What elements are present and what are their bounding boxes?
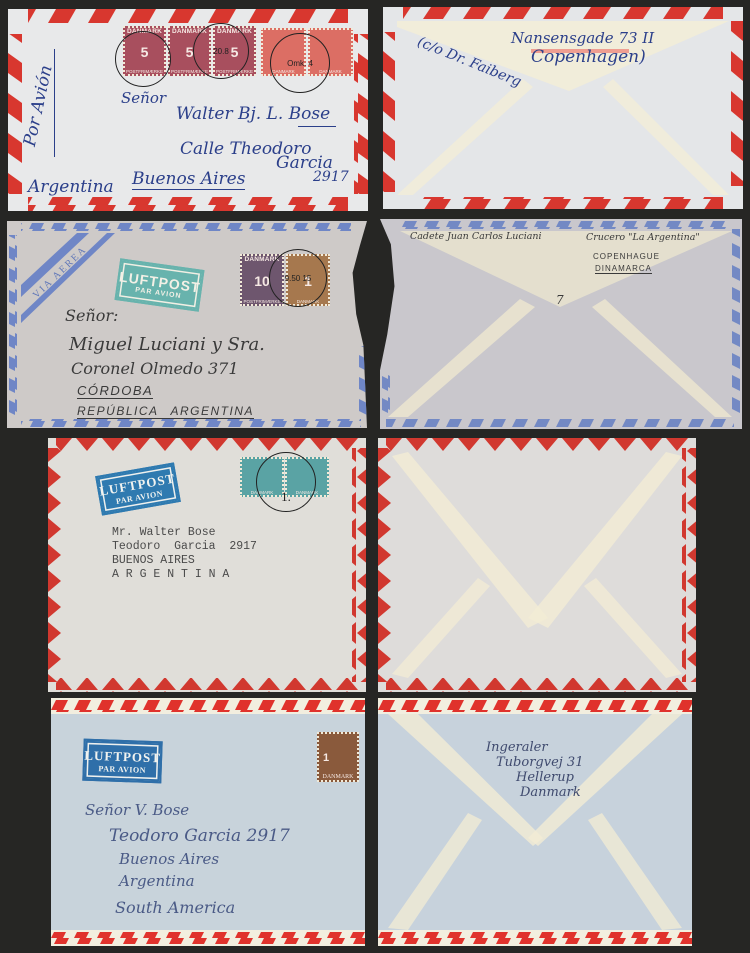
address-line: CÓRDOBA: [77, 383, 153, 399]
address-line: Teodoro Garcia 2917: [109, 826, 290, 846]
note-line: [54, 49, 55, 157]
address-line: Señor V. Bose: [85, 801, 189, 819]
sender-line: Ingeraler: [486, 740, 548, 755]
postmark-cancel: 1.: [256, 452, 316, 512]
cover-4-back: Ingeraler Tuborgvej 31 Hellerup Danmark: [378, 698, 692, 946]
address-line: South America: [115, 898, 235, 917]
address-line: Miguel Luciani y Sra.: [69, 334, 265, 355]
address-line: Buenos Aires: [132, 169, 245, 190]
cover-2-back: Cadete Juan Carlos Luciani Crucero "La A…: [380, 219, 742, 429]
sender-line: Hellerup: [516, 770, 574, 785]
address-line: Argentina: [28, 177, 114, 197]
sender-line: Tuborgvej 31: [496, 755, 583, 770]
airmail-stripe-border: [378, 698, 692, 946]
postmark-cancel: [115, 31, 171, 87]
sender-line: Nansensgade 73 II: [511, 29, 654, 47]
cover-2-front: VIA AEREA LUFTPOST PAR AVION DANMARK 10 …: [7, 221, 367, 428]
postmark-cancel: Omk. 4: [270, 33, 330, 93]
address-line: Buenos Aires: [119, 850, 219, 868]
address-line: Coronel Olmedo 371: [71, 359, 239, 378]
cover-1-front: DANMARK 5 POSTFRIMÆRKE DANMARK 5 POSTFRI…: [8, 9, 368, 211]
sender-left: Cadete Juan Carlos Luciani: [410, 231, 542, 242]
cover-3-front: LUFTPOST PAR AVION DANMARK DANMARK 1. Mr…: [48, 438, 366, 692]
address-line: Argentina: [119, 872, 195, 890]
cover-1-back: (c/o Dr. Faiberg Nansensgade 73 II Copen…: [383, 7, 743, 209]
airmail-triangle-border: [378, 438, 696, 692]
postmark-cancel: 20.8: [193, 23, 249, 79]
sender-right-line: DINAMARCA: [595, 264, 652, 274]
luftpost-label: LUFTPOST PAR AVION: [82, 739, 162, 784]
cover-3-back: [378, 438, 696, 692]
cover-4-front: LUFTPOST PAR AVION 1 DANMARK Señor V. Bo…: [51, 698, 365, 946]
address-line: Señor:: [65, 306, 118, 325]
address-line: Señor: [121, 89, 166, 107]
address-line: 2917: [313, 169, 349, 185]
address-line: Walter Bj. L. Bose: [176, 104, 330, 124]
sender-line: Danmark: [520, 785, 581, 800]
flap-mark: 7: [556, 293, 564, 307]
stamp-1-kr-brown: 1 DANMARK: [317, 732, 359, 782]
address-line: BUENOS AIRES: [112, 554, 195, 568]
sender-line: Copenhagen): [531, 47, 646, 67]
sender-right-line: Crucero "La Argentina": [586, 232, 700, 243]
address-line: A R G E N T I N A: [112, 568, 229, 582]
sender-right-line: COPENHAGUE: [593, 252, 660, 261]
address-line: REPÚBLICA ARGENTINA: [77, 404, 254, 419]
address-line: Teodoro Garcia 2917: [112, 540, 257, 554]
postmark-cancel: 9.50 15: [269, 249, 327, 307]
address-underline: [298, 126, 336, 127]
airmail-dash-border: [380, 219, 742, 429]
address-line: Mr. Walter Bose: [112, 526, 216, 540]
airmail-dash-border: [7, 221, 367, 428]
